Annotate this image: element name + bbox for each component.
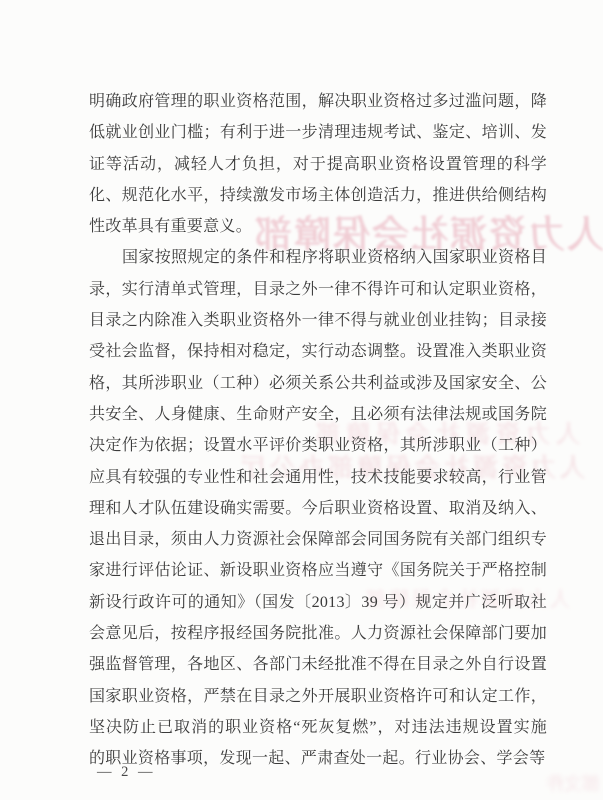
document-line: 国家按照规定的条件和程序将职业资格纳入国家职业资格目 [89,242,547,273]
document-line: 应具有较强的专业性和社会通用性，技术技能要求较高，行业管 [89,462,547,493]
document-line: 受社会监督，保持相对稳定，实行动态调整。设置准入类职业资 [89,336,547,367]
document-text-block: 明确政府管理的职业资格范围，解决职业资格过多过滥问题，降 低就业创业门槛；有利于… [89,86,547,775]
document-line: 决定作为依据；设置水平评价类职业资格，其所涉职业（工种） [89,430,547,461]
document-line: 的职业资格事项，发现一起、严肃查处一起。行业协会、学会等 [89,743,547,774]
document-line: 低就业创业门槛；有利于进一步清理违规考试、鉴定、培训、发 [89,117,547,148]
document-line: 坚决防止已取消的职业资格“死灰复燃”，对违法违规设置实施 [89,712,547,743]
document-line: 明确政府管理的职业资格范围，解决职业资格过多过滥问题，降 [89,86,547,117]
document-line: 格，其所涉职业（工种）必须关系公共利益或涉及国家安全、公 [89,368,547,399]
page-number: — 2 — [97,764,156,781]
document-line: 强监督管理，各地区、各部门未经批准不得在目录之外自行设置 [89,649,547,680]
document-line: 退出目录，须由人力资源社会保障部会同国务院有关部门组织专 [89,524,547,555]
document-line: 录，实行清单式管理，目录之外一律不得许可和认定职业资格， [89,274,547,305]
document-line: 新设行政许可的通知》（国发〔2013〕39 号）规定并广泛听取社 [89,587,547,618]
document-line: 会意见后，按程序报经国务院批准。人力资源社会保障部门要加 [89,618,547,649]
document-line: 理和人才队伍建设确实需要。今后职业资格设置、取消及纳入、 [89,493,547,524]
document-line: 共安全、人身健康、生命财产安全，且必须有法律法规或国务院 [89,399,547,430]
document-line: 证等活动，减轻人才负担，对于提高职业资格设置管理的科学 [89,149,547,180]
document-line: 国家职业资格，严禁在目录之外开展职业资格许可和认定工作， [89,681,547,712]
document-line: 化、规范化水平，持续激发市场主体创造活力，推进供给侧结构 [89,180,547,211]
document-line: 目录之内除准入类职业资格外一律不得与就业创业挂钩；目录接 [89,305,547,336]
document-line: 家进行评估论证、新设职业资格应当遵守《国务院关于严格控制 [89,555,547,586]
scanned-document-page: 人力资源社会保障部 人力资源社会保障部 人力资源社会保障部办公厅 人力资源社会保… [0,0,603,800]
document-line: 性改革具有重要意义。 [89,211,547,242]
